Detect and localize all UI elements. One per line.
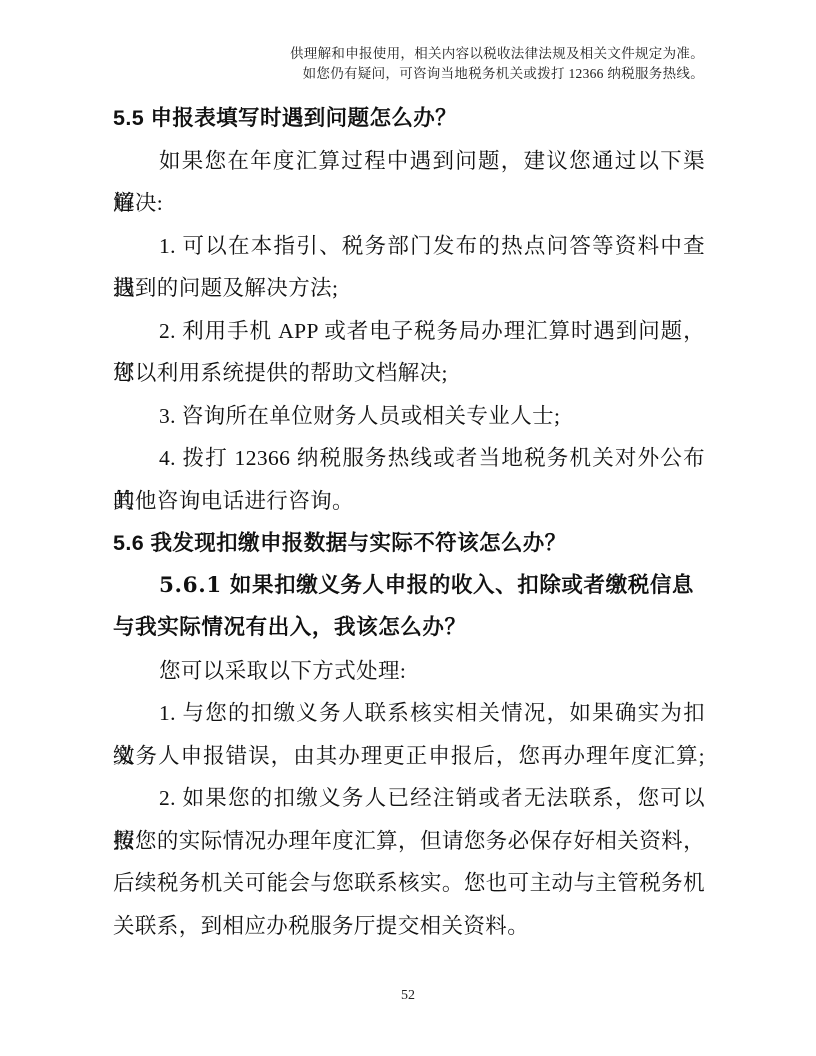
paragraph-line: 您可以采取以下方式处理: (113, 650, 705, 693)
paragraph-line: 如果您在年度汇算过程中遇到问题，建议您通过以下渠道 (113, 140, 705, 183)
list-item-2-line: 照您的实际情况办理年度汇算，但请您务必保存好相关资料， (113, 820, 705, 863)
section-5-6-heading: 5.6 我发现扣缴申报数据与实际不符该怎么办？ (113, 522, 705, 565)
list-item-4-line: 其他咨询电话进行咨询。 (113, 480, 705, 523)
list-item-1-line: 1. 与您的扣缴义务人联系核实相关情况，如果确实为扣缴 (113, 692, 705, 735)
header-note-line-1: 供理解和申报使用，相关内容以税收法律法规及相关文件规定为准。 (290, 44, 704, 64)
list-item-4-line: 4. 拨打 12366 纳税服务热线或者当地税务机关对外公布的 (113, 437, 705, 480)
list-item-1-line: 义务人申报错误，由其办理更正申报后，您再办理年度汇算; (113, 735, 705, 778)
document-body: 5.5 申报表填写时遇到问题怎么办？ 如果您在年度汇算过程中遇到问题，建议您通过… (113, 97, 705, 947)
header-note-line-2: 如您仍有疑问，可咨询当地税务机关或拨打 12366 纳税服务热线。 (290, 64, 704, 84)
list-item-2-line: 2. 利用手机 APP 或者电子税务局办理汇算时遇到问题，您 (113, 310, 705, 353)
section-5-6-1-heading-line: 与我实际情况有出入，我该怎么办？ (113, 607, 705, 650)
list-item-2-line: 2. 如果您的扣缴义务人已经注销或者无法联系，您可以按 (113, 777, 705, 820)
list-item-3-line: 3. 咨询所在单位财务人员或相关专业人士; (113, 395, 705, 438)
document-page: 供理解和申报使用，相关内容以税收法律法规及相关文件规定为准。 如您仍有疑问，可咨… (0, 0, 816, 1056)
list-item-2-line: 后续税务机关可能会与您联系核实。您也可主动与主管税务机 (113, 862, 705, 905)
list-item-1-line: 1. 可以在本指引、税务部门发布的热点问答等资料中查找 (113, 225, 705, 268)
paragraph-line: 解决: (113, 182, 705, 225)
section-5-5-heading: 5.5 申报表填写时遇到问题怎么办？ (113, 97, 705, 140)
list-item-1-line: 遇到的问题及解决方法; (113, 267, 705, 310)
list-item-2-line: 可以利用系统提供的帮助文档解决; (113, 352, 705, 395)
page-number: 52 (0, 988, 816, 1004)
list-item-2-line: 关联系，到相应办税服务厅提交相关资料。 (113, 905, 705, 948)
page-header-note: 供理解和申报使用，相关内容以税收法律法规及相关文件规定为准。 如您仍有疑问，可咨… (290, 44, 704, 83)
section-5-6-1-heading-line: 5.6.1 如果扣缴义务人申报的收入、扣除或者缴税信息 (113, 565, 705, 608)
